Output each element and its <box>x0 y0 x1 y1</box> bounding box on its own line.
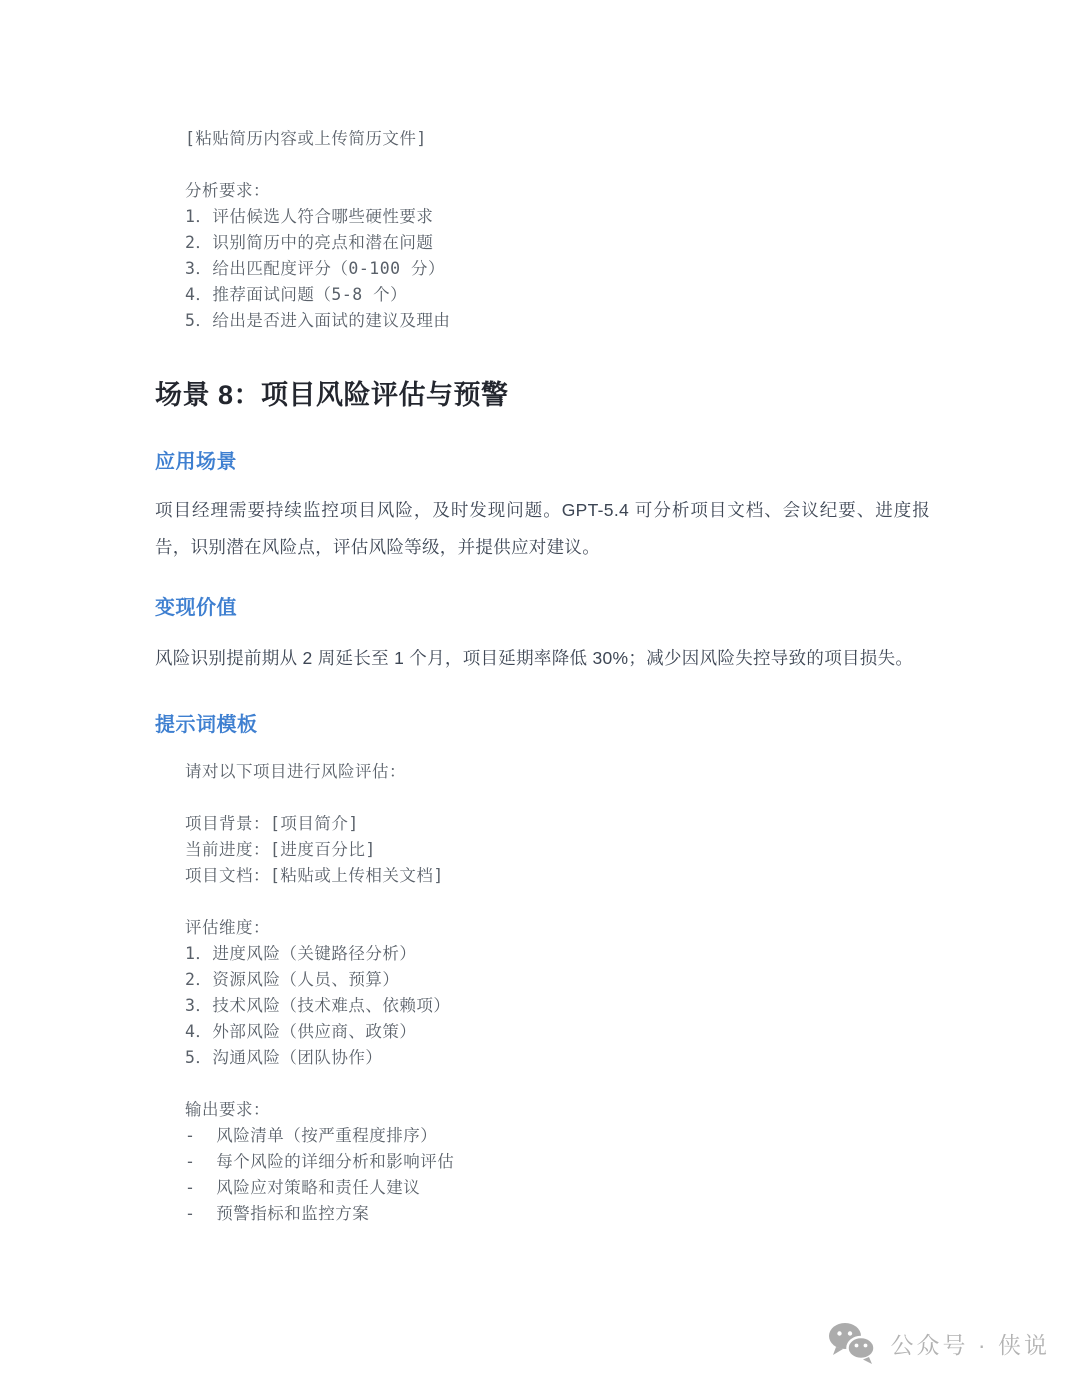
prompt-line: - 预警指标和监控方案 <box>185 1201 930 1227</box>
prompt-line-blank <box>185 152 930 178</box>
scene-title: 场景 8：项目风险评估与预警 <box>155 376 930 414</box>
watermark: 公众号 · 侠说 <box>827 1321 1050 1365</box>
prompt-line-blank <box>185 889 930 915</box>
wechat-icon <box>827 1321 877 1365</box>
monetization-value-paragraph: 风险识别提前期从 2 周延长至 1 个月，项目延期率降低 30%；减少因风险失控… <box>155 640 930 677</box>
prompt-line: 输出要求： <box>185 1097 930 1123</box>
prompt-line: - 风险应对策略和责任人建议 <box>185 1175 930 1201</box>
prompt-line: 1．进度风险（关键路径分析） <box>185 941 930 967</box>
document-page: [粘贴简历内容或上传简历文件] 分析要求： 1．评估候选人符合哪些硬性要求 2．… <box>0 0 1080 1397</box>
prompt-line: 当前进度：[进度百分比] <box>185 837 930 863</box>
prompt-line: 2．资源风险（人员、预算） <box>185 967 930 993</box>
prompt-line: 3．技术风险（技术难点、依赖项） <box>185 993 930 1019</box>
prompt-line-blank <box>185 785 930 811</box>
prompt-line: 4．外部风险（供应商、政策） <box>185 1019 930 1045</box>
prompt-line: 项目背景：[项目简介] <box>185 811 930 837</box>
prompt-line: 4．推荐面试问题（5-8 个） <box>185 282 930 308</box>
prompt-line: 2．识别简历中的亮点和潜在问题 <box>185 230 930 256</box>
application-scenario-paragraph: 项目经理需要持续监控项目风险，及时发现问题。GPT-5.4 可分析项目文档、会议… <box>155 492 930 566</box>
subheading-monetization-value: 变现价值 <box>155 594 930 622</box>
prompt-line: - 风险清单（按严重程度排序） <box>185 1123 930 1149</box>
prompt-line: 5．给出是否进入面试的建议及理由 <box>185 308 930 334</box>
prompt-line: - 每个风险的详细分析和影响评估 <box>185 1149 930 1175</box>
prompt-line: 评估维度： <box>185 915 930 941</box>
resume-prompt-block: [粘贴简历内容或上传简历文件] 分析要求： 1．评估候选人符合哪些硬性要求 2．… <box>155 126 930 334</box>
prompt-line: 请对以下项目进行风险评估： <box>185 759 930 785</box>
prompt-line: 5．沟通风险（团队协作） <box>185 1045 930 1071</box>
prompt-line: 3．给出匹配度评分（0-100 分） <box>185 256 930 282</box>
watermark-text: 公众号 · 侠说 <box>891 1327 1050 1360</box>
subheading-prompt-template: 提示词模板 <box>155 711 930 739</box>
subheading-application-scenario: 应用场景 <box>155 448 930 476</box>
prompt-line: 分析要求： <box>185 178 930 204</box>
risk-prompt-block: 请对以下项目进行风险评估： 项目背景：[项目简介] 当前进度：[进度百分比] 项… <box>155 759 930 1227</box>
prompt-line: [粘贴简历内容或上传简历文件] <box>185 126 930 152</box>
prompt-line: 1．评估候选人符合哪些硬性要求 <box>185 204 930 230</box>
prompt-line: 项目文档：[粘贴或上传相关文档] <box>185 863 930 889</box>
prompt-line-blank <box>185 1071 930 1097</box>
